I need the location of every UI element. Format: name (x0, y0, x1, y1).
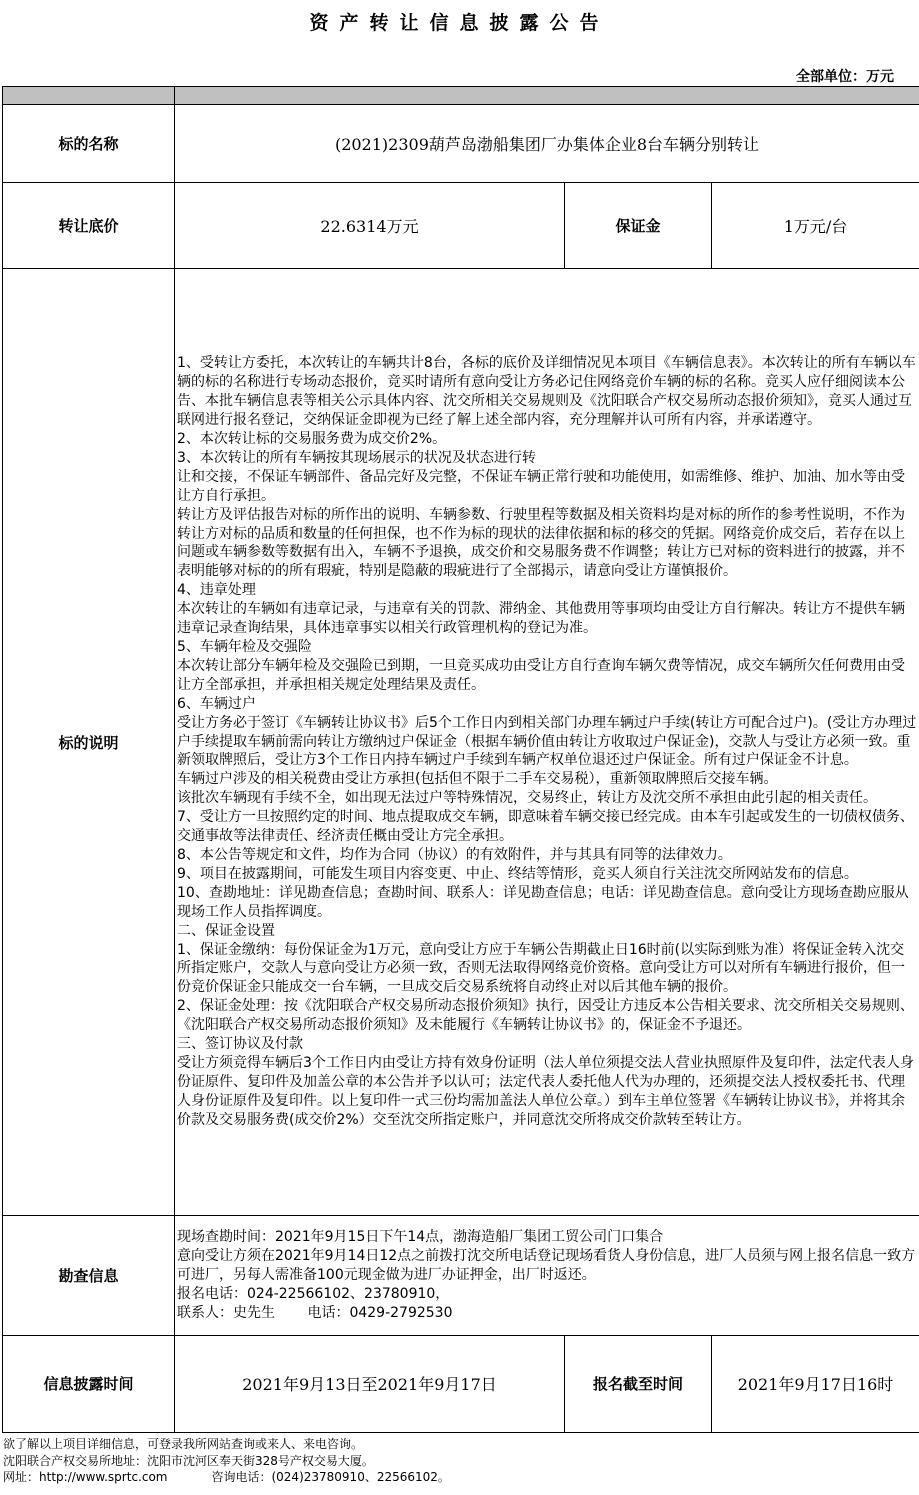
row-price: 转让底价 22.6314万元 保证金 1万元/台 (3, 183, 919, 269)
description-line: 二、保证金设置 (177, 922, 917, 941)
description-line: 2、保证金处理：按《沈阳联合产权交易所动态报价须知》执行，因受让方违反本公告相关… (177, 997, 917, 1035)
description-line: 5、车辆年检及交强险 (177, 638, 917, 657)
inspection-line: 意向受让方须在2021年9月14日12点之前拨打沈交所电话登记现场看货人身份信息… (177, 1247, 917, 1285)
deadline-label: 报名截至时间 (565, 1335, 712, 1432)
asset-name-label: 标的名称 (3, 105, 175, 183)
row-disclosure: 信息披露时间 2021年9月13日至2021年9月17日 报名截至时间 2021… (3, 1335, 919, 1432)
announcement-table: 标的名称 (2021)2309葫芦岛渤船集团厂办集体企业8台车辆分别转让 转让底… (2, 86, 919, 1433)
consult-phone: 咨询电话：(024)23780910、22566102。 (211, 1470, 449, 1484)
description-line: 受让方须竞得车辆后3个工作日内由受让方持有效身份证明（法人单位须提交法人营业执照… (177, 1054, 917, 1130)
description-line: 车辆过户涉及的相关税费由受让方承担(包括但不限于二手车交易税），重新领取牌照后交… (177, 770, 917, 789)
deposit-label: 保证金 (565, 183, 712, 269)
footer-address: 沈阳联合产权交易所地址：沈阳市沈河区奉天街328号产权交易大厦。 (3, 1453, 450, 1470)
description-line: 9、项目在披露期间，可能发生项目内容变更、中止、终结等情形，竞买人须自行关注沈交… (177, 865, 917, 884)
description-label: 标的说明 (3, 269, 175, 1216)
description-line: 4、违章处理 (177, 581, 917, 600)
price-label: 转让底价 (3, 183, 175, 269)
footer-contact: 网址：http://www.sprtc.com咨询电话：(024)2378091… (3, 1469, 450, 1486)
asset-name-value: (2021)2309葫芦岛渤船集团厂办集体企业8台车辆分别转让 (175, 105, 919, 183)
inspection-line: 报名电话：024-22566102、23780910， (177, 1285, 917, 1304)
description-line: 转让方及评估报告对标的所作出的说明、车辆参数、行驶里程等数据及相关资料均是对标的… (177, 506, 917, 582)
disclosure-value: 2021年9月13日至2021年9月17日 (175, 1335, 565, 1432)
description-line: 三、签订协议及付款 (177, 1035, 917, 1054)
inspection-line: 联系人：史先生 电话：0429-2792530 (177, 1304, 917, 1323)
unit-label: 全部单位：万元 (796, 66, 894, 86)
description-content: 1、受转让方委托，本次转让的车辆共计8台，各标的底价及详细情况见本项目《车辆信息… (175, 269, 919, 1216)
table-header-row (3, 87, 919, 105)
header-cell (175, 87, 919, 105)
description-line: 2、本次转让标的交易服务费为成交价2%。 (177, 430, 917, 449)
description-line: 让和交接，不保证车辆部件、备品完好及完整，不保证车辆正常行驶和功能使用，如需维修… (177, 468, 917, 506)
footer: 欲了解以上项目详细信息，可登录我所网站查询或来人、来电咨询。 沈阳联合产权交易所… (3, 1436, 450, 1486)
website-label: 网址： (3, 1470, 39, 1484)
footer-note: 欲了解以上项目详细信息，可登录我所网站查询或来人、来电咨询。 (3, 1436, 450, 1453)
description-line: 本次转让部分车辆年检及交强险已到期，一旦竞买成功由受让方自行查询车辆欠费等情况，… (177, 657, 917, 695)
description-line: 受让方务必于签订《车辆转让协议书》后5个工作日内到相关部门办理车辆过户手续(转让… (177, 714, 917, 771)
description-line: 7、受让方一旦按照约定的时间、地点提取成交车辆，即意味着车辆交接已经完成。由本车… (177, 808, 917, 846)
row-description: 标的说明 1、受转让方委托，本次转让的车辆共计8台，各标的底价及详细情况见本项目… (3, 269, 919, 1216)
description-line: 10、查勘地址：详见勘查信息；查勘时间、联系人：详见勘查信息；电话：详见勘查信息… (177, 884, 917, 922)
page-title: 资产转让信息披露公告 (0, 8, 919, 35)
inspection-line: 现场查勘时间：2021年9月15日下午14点，渤海造船厂集团工贸公司门口集合 (177, 1228, 917, 1247)
website-link[interactable]: http://www.sprtc.com (39, 1470, 167, 1484)
description-line: 3、本次转让的所有车辆按其现场展示的状况及状态进行转 (177, 449, 917, 468)
deposit-value: 1万元/台 (712, 183, 919, 269)
description-line: 6、车辆过户 (177, 695, 917, 714)
inspection-label: 勘查信息 (3, 1216, 175, 1336)
deadline-value: 2021年9月17日16时 (712, 1335, 919, 1432)
row-asset-name: 标的名称 (2021)2309葫芦岛渤船集团厂办集体企业8台车辆分别转让 (3, 105, 919, 183)
description-line: 本次转让的车辆如有违章记录，与违章有关的罚款、滞纳金、其他费用等事项均由受让方自… (177, 600, 917, 638)
description-line: 1、受转让方委托，本次转让的车辆共计8台，各标的底价及详细情况见本项目《车辆信息… (177, 354, 917, 430)
header-cell (3, 87, 175, 105)
price-value: 22.6314万元 (175, 183, 565, 269)
disclosure-label: 信息披露时间 (3, 1335, 175, 1432)
row-inspection: 勘查信息 现场查勘时间：2021年9月15日下午14点，渤海造船厂集团工贸公司门… (3, 1216, 919, 1336)
inspection-content: 现场查勘时间：2021年9月15日下午14点，渤海造船厂集团工贸公司门口集合 意… (175, 1216, 919, 1336)
description-line: 8、本公告等规定和文件，均作为合同（协议）的有效附件，并与其具有同等的法律效力。 (177, 846, 917, 865)
description-line: 1、保证金缴纳：每份保证金为1万元，意向受让方应于车辆公告期截止日16时前(以实… (177, 941, 917, 998)
description-line: 该批次车辆现有手续不全，如出现无法过户等特殊情况，交易终止，转让方及沈交所不承担… (177, 789, 917, 808)
